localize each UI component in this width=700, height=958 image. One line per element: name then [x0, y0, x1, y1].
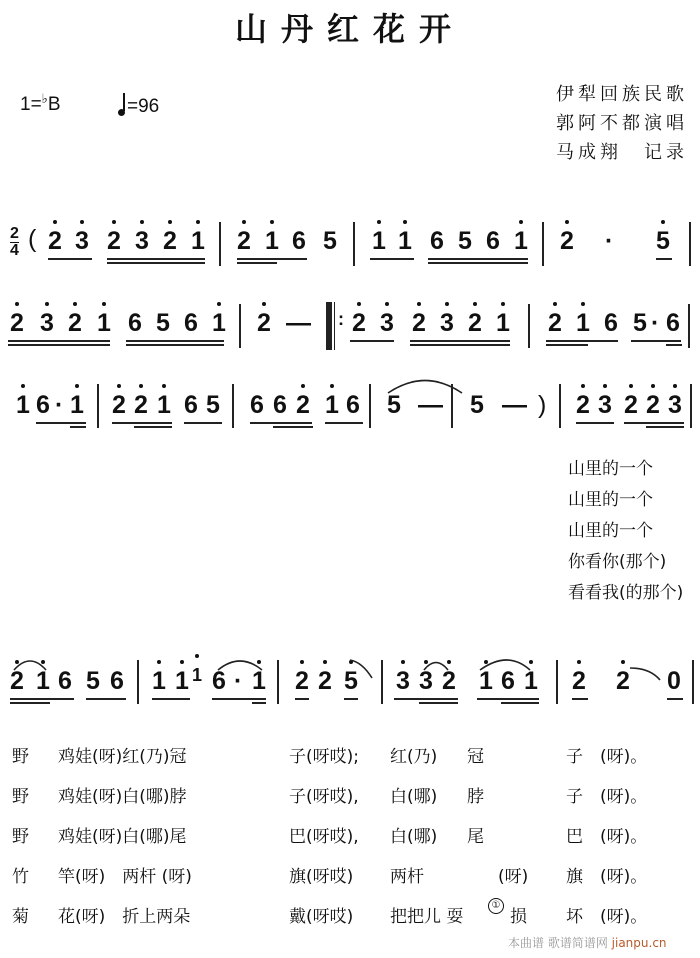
lyric-verse-5: 菊 花(呀) 折上两朵 戴(呀哎) 把把儿 耍 ① 损 坏 (呀)。 — [0, 902, 700, 932]
barline — [689, 222, 691, 266]
footnote-marker: ① — [488, 898, 504, 914]
lyric-verse-1: 野 鸡娃(呀)红(乃)冠 子(呀哎); 红(乃) 冠 子 (呀)。 — [0, 742, 700, 772]
score-line-1: 24 ( 2 3 2 3 2 1 2 1 6 5 1 1 6 5 6 1 2 ·… — [0, 218, 700, 278]
side-lyric-line: 看看我(的那个) — [568, 578, 683, 609]
barline — [369, 384, 371, 428]
barline — [97, 384, 99, 428]
credit-transcriber: 马成翔 记录 — [556, 138, 688, 167]
side-lyric-line: 山里的一个 — [568, 454, 683, 485]
score-line-4: 2 1 6 5 6 1 1 1 6 · 1 2 2 5 3 3 2 1 6 1 … — [0, 664, 700, 724]
song-title: 山丹红花开 — [0, 4, 700, 50]
barline — [451, 384, 453, 428]
lyric-verse-4: 竹 竿(呀) 两杆 (呀) 旗(呀哎) 两杆 (呀) 旗 (呀)。 — [0, 862, 700, 892]
tempo-marking: =96 — [118, 94, 159, 118]
credits: 伊犁回族民歌 郭阿不都演唱 马成翔 记录 — [556, 80, 688, 167]
barline — [528, 304, 530, 348]
barline — [692, 660, 694, 704]
key-signature: 1=♭B — [20, 94, 61, 116]
barline — [219, 222, 221, 266]
barline — [559, 384, 561, 428]
side-lyric-line: 你看你(那个) — [568, 547, 683, 578]
side-lyrics: 山里的一个 山里的一个 山里的一个 你看你(那个) 看看我(的那个) — [568, 454, 683, 609]
score-line-2: 2 3 2 1 6 5 6 1 2 — : 2 3 2 3 2 1 2 1 6 … — [0, 304, 700, 364]
barline — [232, 384, 234, 428]
credit-singer: 郭阿不都演唱 — [556, 109, 688, 138]
barline — [277, 660, 279, 704]
time-signature: 24 — [10, 226, 19, 259]
credit-origin: 伊犁回族民歌 — [556, 80, 688, 109]
barline — [137, 660, 139, 704]
barline — [381, 660, 383, 704]
side-lyric-line: 山里的一个 — [568, 485, 683, 516]
watermark: 本曲谱 歌谱简谱网 jianpu.cn — [508, 934, 667, 951]
lyric-verse-3: 野 鸡娃(呀)白(哪)尾 巴(呀哎), 白(哪) 尾 巴 (呀)。 — [0, 822, 700, 852]
score-line-3: 1 6 · 1 2 2 1 6 5 6 6 2 1 6 5 — 5 — ) 2 … — [0, 388, 700, 448]
barline — [688, 304, 690, 348]
lyric-verse-2: 野 鸡娃(呀)白(哪)脖 子(呀哎), 白(哪) 脖 子 (呀)。 — [0, 782, 700, 812]
side-lyric-line: 山里的一个 — [568, 516, 683, 547]
watermark-site-link[interactable]: jianpu.cn — [612, 936, 667, 950]
barline — [239, 304, 241, 348]
barline — [690, 384, 692, 428]
barline — [353, 222, 355, 266]
repeat-start-barline[interactable] — [326, 302, 332, 350]
flat-icon: ♭ — [42, 91, 48, 106]
barline — [556, 660, 558, 704]
barline — [542, 222, 544, 266]
